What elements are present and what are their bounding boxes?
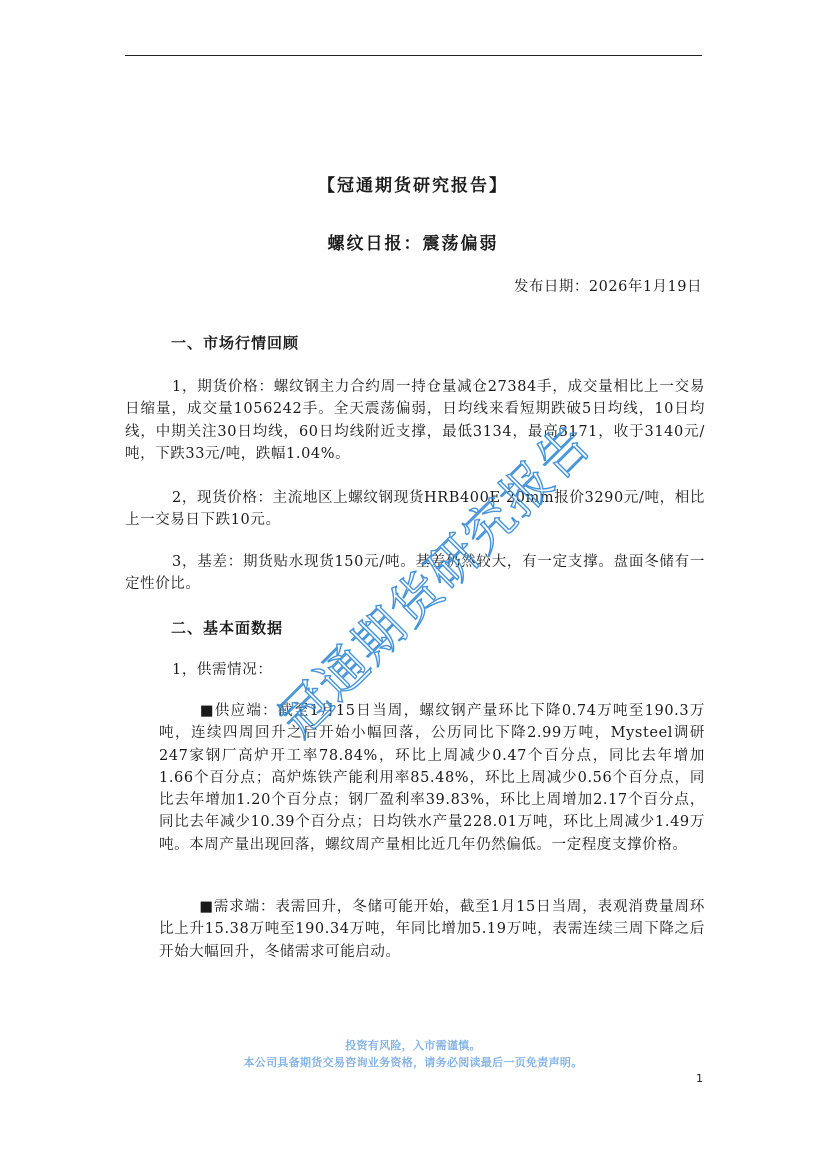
paragraph-basis: 3，基差：期货贴水现货150元/吨。基差仍然较大，有一定支撑。盘面冬储有一定性价… [125, 551, 705, 596]
document-page: 【冠通期货研究报告】 螺纹日报：震荡偏弱 发布日期：2026年1月19日 一、市… [0, 0, 826, 1169]
subheading-text: 1，供需情况： [172, 662, 272, 678]
bullet-text: ■供应端：截至1月15日当周，螺纹钢产量环比下降0.74万吨至190.3万吨，连… [159, 703, 705, 853]
bullet-supply: ■供应端：截至1月15日当周，螺纹钢产量环比下降0.74万吨至190.3万吨，连… [159, 700, 705, 856]
paragraph-text: 1，期货价格：螺纹钢主力合约周一持仓量减仓27384手，成交量相比上一交易日缩量… [125, 379, 705, 462]
section-heading-market-review: 一、市场行情回顾 [171, 332, 299, 353]
footer-risk-warning: 投资有风险，入市需谨慎。 [0, 1037, 826, 1053]
paragraph-spot-price: 2，现货价格：主流地区上螺纹钢现货HRB400E 20mm报价3290元/吨，相… [125, 487, 705, 532]
paragraph-futures-price: 1，期货价格：螺纹钢主力合约周一持仓量减仓27384手，成交量相比上一交易日缩量… [125, 376, 705, 465]
report-title: 螺纹日报：震荡偏弱 [0, 229, 826, 254]
header-rule [125, 55, 702, 56]
report-series-title: 【冠通期货研究报告】 [0, 171, 826, 196]
section-heading-fundamentals: 二、基本面数据 [171, 617, 283, 638]
publish-date: 发布日期：2026年1月19日 [514, 275, 702, 296]
page-number: 1 [696, 1072, 703, 1085]
paragraph-text: 3，基差：期货贴水现货150元/吨。基差仍然较大，有一定支撑。盘面冬储有一定性价… [125, 554, 705, 592]
paragraph-text: 2，现货价格：主流地区上螺纹钢现货HRB400E 20mm报价3290元/吨，相… [125, 490, 705, 528]
subheading-supply-demand: 1，供需情况： [125, 659, 705, 681]
bullet-text: ■需求端：表需回升，冬储可能开始，截至1月15日当周，表观消费量周环比上升15.… [159, 899, 705, 960]
footer-disclaimer-note: 本公司具备期货交易咨询业务资格，请务必阅读最后一页免责声明。 [0, 1054, 826, 1070]
bullet-demand: ■需求端：表需回升，冬储可能开始，截至1月15日当周，表观消费量周环比上升15.… [159, 896, 705, 963]
